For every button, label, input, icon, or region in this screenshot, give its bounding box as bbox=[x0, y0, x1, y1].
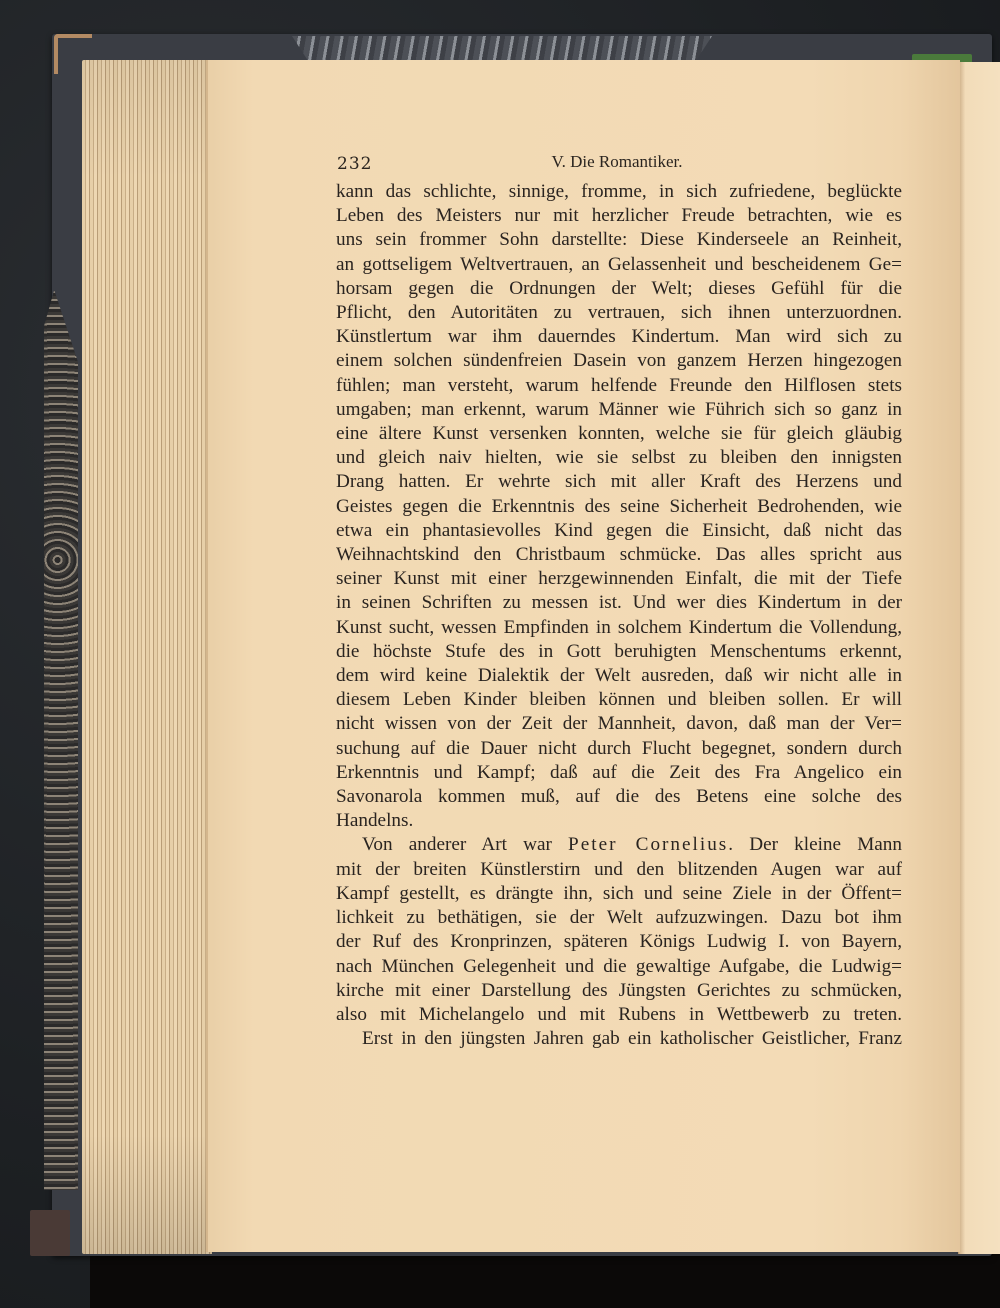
text-line: Kunst sucht, wessen Empfinden in solchem… bbox=[336, 616, 902, 640]
text-fragment: Von anderer Art war bbox=[362, 834, 568, 855]
text-line: einem solchen sündenfreien Dasein von ga… bbox=[336, 349, 902, 373]
text-line: umgaben; man erkennt, warum Männer wie F… bbox=[336, 398, 902, 422]
text-line: suchung auf die Dauer nicht durch Flucht… bbox=[336, 737, 902, 761]
book-page: 232 V. Die Romantiker. kann das schlicht… bbox=[206, 60, 960, 1252]
text-line: eine ältere Kunst versenken konnten, wel… bbox=[336, 422, 902, 446]
text-line: Handelns. bbox=[336, 809, 902, 833]
text-line: an gottseligem Weltvertrauen, an Gelasse… bbox=[336, 253, 902, 277]
text-line: dem wird keine Dialektik der Welt ausred… bbox=[336, 664, 902, 688]
cover-corner-bottom bbox=[30, 1210, 70, 1256]
text-line: Geistes gegen die Erkenntnis des seine S… bbox=[336, 495, 902, 519]
text-line: fühlen; man versteht, warum helfende Fre… bbox=[336, 374, 902, 398]
text-line: nicht wissen von der Zeit der Mannheit, … bbox=[336, 712, 902, 736]
text-line: nach München Gelegenheit und die gewalti… bbox=[336, 955, 902, 979]
text-line: etwa ein phantasievolles Kind gegen die … bbox=[336, 519, 902, 543]
spine-ornament-top bbox=[292, 36, 712, 62]
text-line: Savonarola kommen muß, auf die des Beten… bbox=[336, 785, 902, 809]
text-line: und gleich naiv hielten, wie sie selbst … bbox=[336, 446, 902, 470]
text-line: Künstlertum war ihm dauerndes Kindertum.… bbox=[336, 325, 902, 349]
text-line: Leben des Meisters nur mit herzlicher Fr… bbox=[336, 204, 902, 228]
text-line: also mit Michelangelo und mit Rubens in … bbox=[336, 1003, 902, 1027]
text-line: mit der breiten Künstlerstirn und den bl… bbox=[336, 858, 902, 882]
text-line: horsam gegen die Ordnungen der Welt; die… bbox=[336, 277, 902, 301]
text-line: lichkeit zu bethätigen, sie der Welt auf… bbox=[336, 906, 902, 930]
person-name-emphasis: Peter Cornelius bbox=[568, 834, 728, 855]
running-head: V. Die Romantiker. bbox=[337, 152, 897, 172]
text-line: Pflicht, den Autoritäten zu vertrauen, s… bbox=[336, 301, 902, 325]
text-line: uns sein frommer Sohn darstellte: Diese … bbox=[336, 228, 902, 252]
text-line: in seinen Schriften zu messen ist. Und w… bbox=[336, 591, 902, 615]
text-line: Drang hatten. Er wehrte sich mit aller K… bbox=[336, 470, 902, 494]
text-line: Weihnachtskind den Christbaum schmücke. … bbox=[336, 543, 902, 567]
text-line: die höchste Stufe des in Gott beruhigten… bbox=[336, 640, 902, 664]
page-stack-fore-edge bbox=[82, 60, 212, 1254]
text-line: kann das schlichte, sinnige, fromme, in … bbox=[336, 180, 902, 204]
text-line: Erkenntnis und Kampf; daß auf die Zeit d… bbox=[336, 761, 902, 785]
facing-page-edge bbox=[958, 62, 1000, 1254]
body-text: kann das schlichte, sinnige, fromme, in … bbox=[336, 180, 902, 1051]
text-fragment: . Der kleine Mann bbox=[728, 834, 902, 855]
text-line: kirche mit einer Darstellung des Jüngste… bbox=[336, 979, 902, 1003]
spine-ornament-left bbox=[44, 290, 78, 1190]
page-header: 232 V. Die Romantiker. bbox=[337, 150, 897, 176]
shadow-below-book bbox=[90, 1252, 1000, 1308]
paragraph-first-line: Erst in den jüngsten Jahren gab ein kath… bbox=[336, 1027, 902, 1051]
text-line: Kampf gestellt, es drängte ihn, sich und… bbox=[336, 882, 902, 906]
paragraph-first-line: Von anderer Art war Peter Cornelius. Der… bbox=[336, 833, 902, 857]
text-line: seiner Kunst mit einer herzgewinnenden E… bbox=[336, 567, 902, 591]
text-line: diesem Leben Kinder bleiben können und b… bbox=[336, 688, 902, 712]
text-line: der Ruf des Kronprinzen, späteren Königs… bbox=[336, 930, 902, 954]
